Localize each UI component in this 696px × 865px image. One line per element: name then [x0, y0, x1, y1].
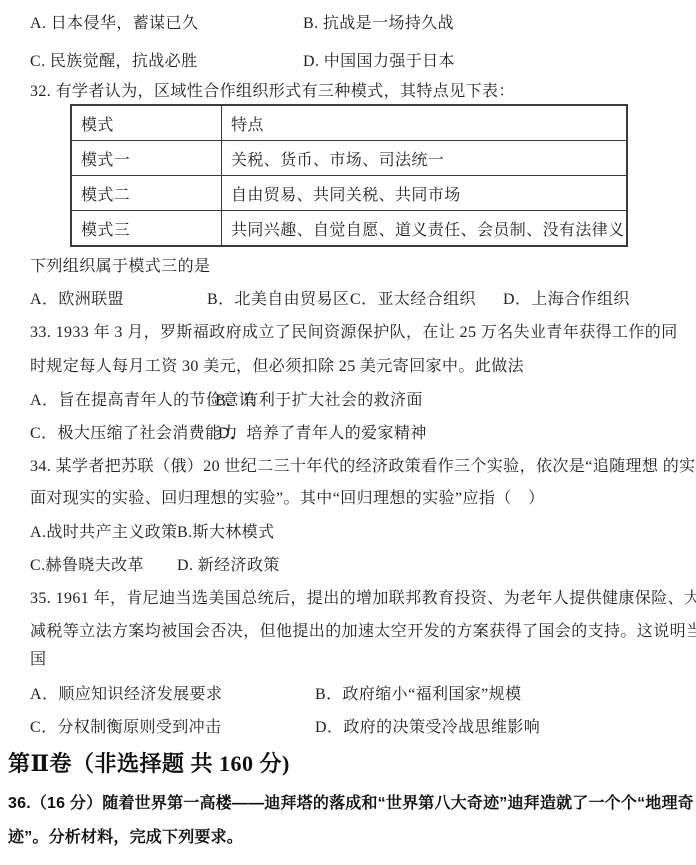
table-header-row: 模式 特点: [71, 105, 627, 141]
table-header-mode: 模式: [71, 105, 222, 141]
table-cell-feature: 关税、货币、市场、司法统一: [222, 141, 628, 176]
q33-option-c: C．极大压缩了社会消费能力: [30, 424, 238, 444]
table-row: 模式二 自由贸易、共同关税、共同市场: [71, 176, 627, 211]
q32-mode-table: 模式 特点 模式一 关税、货币、市场、司法统一 模式二 自由贸易、共同关税、共同…: [70, 104, 628, 247]
q34-stem-line1: 34. 某学者把苏联（俄）20 世纪二三十年代的经济政策看作三个实验，依次是“追…: [30, 457, 696, 477]
q35-stem-line1: 35. 1961 年，肯尼迪当选美国总统后，提出的增加联邦教育投资、为老年人提供…: [30, 589, 696, 609]
q32-option-c: C．亚太经合组织: [350, 290, 476, 310]
table-header-feature: 特点: [222, 105, 628, 141]
q33-stem-line1: 33. 1933 年 3 月，罗斯福政府成立了民间资源保护队，在让 25 万名失…: [30, 323, 678, 343]
q34-option-b: B.斯大林模式: [177, 523, 274, 543]
q31-option-a: A. 日本侵华，蓄谋已久: [30, 14, 198, 34]
q35-option-b: B．政府缩小“福利国家”规模: [315, 685, 521, 705]
table-cell-mode: 模式一: [71, 141, 222, 176]
q35-option-a: A．顺应知识经济发展要求: [30, 685, 222, 705]
q33-option-d: D．培养了青年人的爱家精神: [218, 424, 427, 444]
q35-option-d: D．政府的决策受冷战思维影响: [315, 718, 540, 738]
q33-stem-line2: 时规定每人每月工资 30 美元，但必须扣除 25 美元寄回家中。此做法: [30, 357, 524, 377]
table-cell-feature: 共同兴趣、自觉自愿、道义责任、会员制、没有法律义务: [222, 211, 628, 247]
table-cell-feature: 自由贸易、共同关税、共同市场: [222, 176, 628, 211]
q36-stem-line2: 迹”。分析材料，完成下列要求。: [8, 827, 243, 848]
q35-stem-line2: 减税等立法方案均被国会否决，但他提出的加速太空开发的方案获得了国会的支持。这说明…: [30, 622, 696, 642]
exam-paper-page: A. 日本侵华，蓄谋已久 B. 抗战是一场持久战 C. 民族觉醒，抗战必胜 D.…: [0, 0, 696, 865]
q34-stem-line2: 面对现实的实验、回归理想的实验”。其中“回归理想的实验”应指（ ）: [30, 489, 545, 509]
q32-option-b: B．北美自由贸易区: [207, 290, 349, 310]
q32-option-d: D．上海合作组织: [503, 290, 630, 310]
q34-option-d: D. 新经济政策: [177, 556, 280, 576]
q35-stem-line3: 国: [30, 650, 46, 670]
table-row: 模式三 共同兴趣、自觉自愿、道义责任、会员制、没有法律义务: [71, 211, 627, 247]
q32-follow-up: 下列组织属于模式三的是: [30, 257, 210, 277]
q33-option-b: B．有利于扩大社会的救济面: [215, 391, 423, 411]
q35-option-c: C．分权制衡原则受到冲击: [30, 718, 221, 738]
q36-stem-line1: 36.（16 分）随着世界第一高楼——迪拜塔的落成和“世界第八大奇迹”迪拜造就了…: [8, 793, 694, 814]
q31-option-d: D. 中国国力强于日本: [303, 52, 455, 72]
q32-option-a: A．欧洲联盟: [30, 290, 124, 310]
q34-option-c: C.赫鲁晓夫改革: [30, 556, 144, 576]
q31-option-b: B. 抗战是一场持久战: [303, 14, 454, 34]
table-cell-mode: 模式三: [71, 211, 222, 247]
table-row: 模式一 关税、货币、市场、司法统一: [71, 141, 627, 176]
q31-option-c: C. 民族觉醒，抗战必胜: [30, 52, 197, 72]
q34-option-a: A.战时共产主义政策: [30, 523, 178, 543]
section2-heading: 第Ⅱ卷（非选择题 共 160 分): [8, 751, 290, 777]
q32-stem: 32. 有学者认为，区域性合作组织形式有三种模式，其特点见下表：: [30, 82, 515, 102]
table-cell-mode: 模式二: [71, 176, 222, 211]
